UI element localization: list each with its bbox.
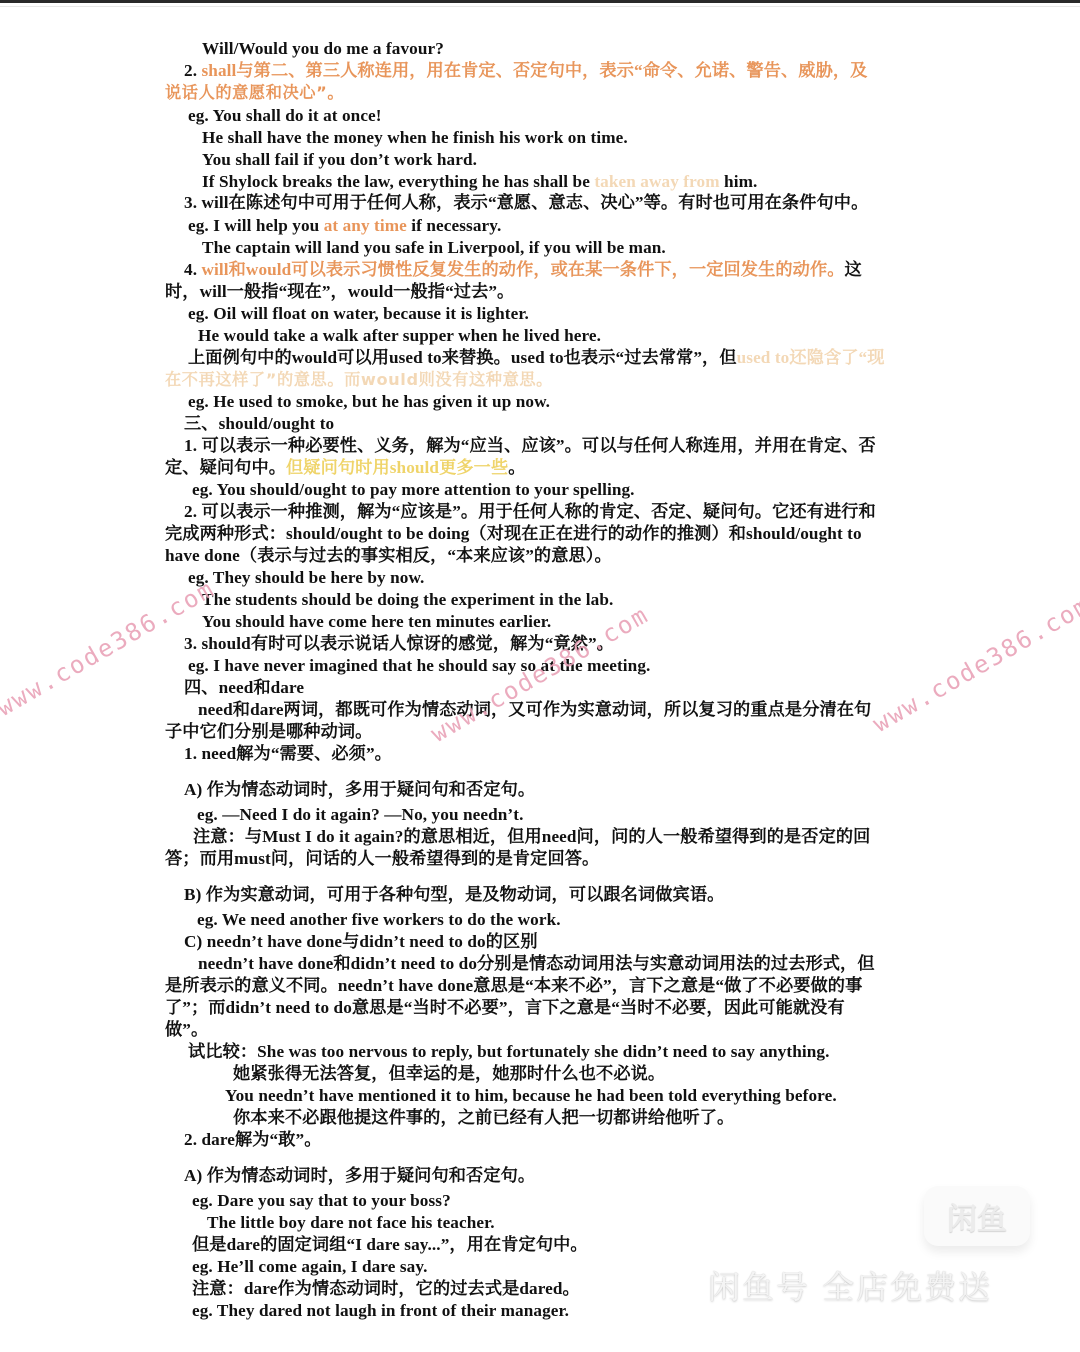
text-line: need和dare两词，都既可作为情态动词，又可作为实意动词，所以复习的重点是分… (198, 699, 871, 721)
text-line: You needn’t have mentioned it to him, be… (225, 1085, 837, 1107)
text-line: Will/Would you do me a favour? (202, 38, 444, 60)
text-line: 2. dare解为“敢”。 (184, 1129, 322, 1151)
text-line: eg. Dare you say that to your boss? (192, 1190, 451, 1212)
subsection-heading: A) 作为情态动词时，多用于疑问句和否定句。 (184, 1165, 535, 1187)
text-line: needn’t have done和didn’t need to do分别是情态… (198, 953, 875, 975)
text-line: 时，will一般指“现在”，would一般指“过去”。 (165, 281, 514, 303)
text-line: eg. Oil will float on water, because it … (188, 303, 529, 325)
text-line: eg. You should/ought to pay more attenti… (192, 479, 635, 501)
text-line: He would take a walk after supper when h… (198, 325, 601, 347)
text-line: 说话人的意愿和决心”。 (165, 82, 344, 104)
text-line: The little boy dare not face his teacher… (207, 1212, 495, 1234)
text-line: 定、疑问句中。但疑问句时用should更多一些。 (165, 457, 526, 479)
section-heading: 四、need和dare (184, 677, 304, 699)
text-line: 子中它们分别是哪种动词。 (165, 721, 372, 743)
text-line: The captain will land you safe in Liverp… (202, 237, 666, 259)
text-line: 答；而用must问，问话的人一般希望得到的是肯定回答。 (165, 848, 599, 870)
text-line: 你本来不必跟他提这件事的，之前已经有人把一切都讲给他听了。 (233, 1107, 734, 1129)
text-line: eg. We need another five workers to do t… (197, 909, 561, 931)
text-line: 是所表示的意义不同。needn’t have done意思是“本来不必”，言下之… (165, 975, 862, 997)
text-line: 在不再这样了”的意思。而would则没有这种意思。 (165, 369, 553, 391)
text-line: 2. shall与第二、第三人称连用，用在肯定、否定句中，表示“命令、允诺、警告… (184, 60, 867, 82)
text-line: eg. I will help you at any time if neces… (188, 215, 501, 237)
text-line: If Shylock breaks the law, everything he… (202, 171, 757, 193)
text-line: 1. 可以表示一种必要性、义务，解为“应当、应该”。可以与任何人称连用，并用在肯… (184, 435, 876, 457)
text-line: eg. He’ll come again, I dare say. (192, 1256, 427, 1278)
section-heading: 三、should/ought to (184, 413, 334, 435)
text-line: 4. will和would可以表示习惯性反复发生的动作，或在某一条件下，一定回发… (184, 259, 862, 281)
text-line: 3. will在陈述句中可用于任何人称，表示“意愿、意志、决心”等。有时也可用在… (184, 192, 868, 214)
text-line: eg. They should be here by now. (188, 567, 424, 589)
text-line: You should have come here ten minutes ea… (202, 611, 551, 633)
text-line: 上面例句中的would可以用used to来替换。used to也表示“过去常常… (188, 347, 885, 369)
text-line: He shall have the money when he finish h… (202, 127, 628, 149)
xianyu-watermark-text: 闲鱼号 全店免费送 (708, 1262, 992, 1308)
text-line: 但是dare的固定词组“I dare say...”，用在肯定句中。 (192, 1234, 588, 1256)
text-line: eg. They dared not laugh in front of the… (192, 1300, 569, 1322)
text-line: 了”；而didn’t need to do意思是“当时不必要”，言下之意是“当时… (165, 997, 845, 1019)
text-line: have done（表示与过去的事实相反，“本来应该”的意思）。 (165, 545, 612, 567)
subsection-heading: A) 作为情态动词时，多用于疑问句和否定句。 (184, 779, 535, 801)
text-line: 完成两种形式：should/ought to be doing（对现在正在进行的… (165, 523, 862, 545)
text-line: 试比较：She was too nervous to reply, but fo… (188, 1041, 830, 1063)
text-line: eg. You shall do it at once! (188, 105, 382, 127)
xianyu-logo-icon: 闲鱼 (924, 1186, 1030, 1246)
text-line: 2. 可以表示一种推测，解为“应该是”。用于任何人称的肯定、否定、疑问句。它还有… (184, 501, 876, 523)
text-line: 注意：与Must I do it again?的意思相近，但用need问，问的人… (193, 826, 870, 848)
text-line: 她紧张得无法答复，但幸运的是，她那时什么也不必说。 (233, 1063, 665, 1085)
text-line: eg. —Need I do it again? —No, you needn’… (197, 804, 523, 826)
text-line: You shall fail if you don’t work hard. (202, 149, 477, 171)
subsection-heading: C) needn’t have done与didn’t need to do的区… (184, 931, 538, 953)
text-line: The students should be doing the experim… (202, 589, 613, 611)
text-line: eg. He used to smoke, but he has given i… (188, 391, 550, 413)
subsection-heading: B) 作为实意动词，可用于各种句型，是及物动词，可以跟名词做宾语。 (184, 884, 724, 906)
text-line: 做”。 (165, 1019, 208, 1041)
text-line: 1. need解为“需要、必须”。 (184, 743, 392, 765)
text-line: 注意：dare作为情态动词时，它的过去式是dared。 (192, 1278, 580, 1300)
